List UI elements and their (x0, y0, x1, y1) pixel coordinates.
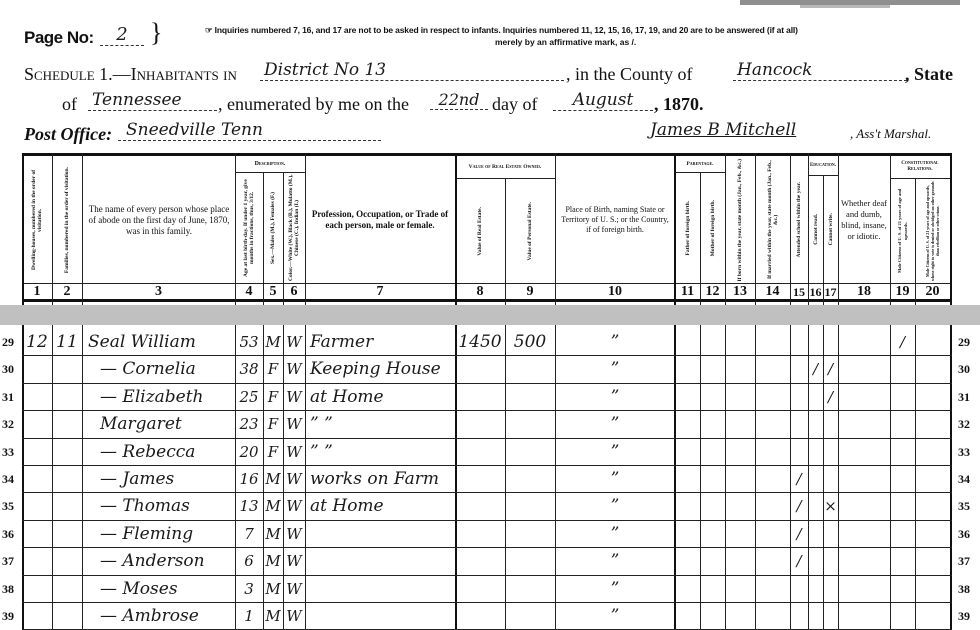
day-field: 22nd (430, 90, 488, 110)
line-number-left: 39 (2, 608, 14, 624)
col-border (82, 153, 83, 630)
person-name-cell: — Thomas (88, 495, 247, 517)
col-border (305, 153, 306, 630)
year-label: , 1870. (654, 94, 704, 115)
header-education-group: Education. (808, 156, 838, 175)
birthplace-cell: ” (555, 468, 675, 490)
age-cell: 38 (235, 358, 263, 380)
line-number-right: 31 (958, 389, 970, 405)
birthplace-cell: ” (555, 331, 675, 353)
column-number: 3 (82, 284, 235, 300)
person-name-cell: — Cornelia (88, 358, 247, 380)
header-col7: Profession, Occupation, or Trade of each… (310, 160, 450, 280)
line-number-right: 36 (958, 526, 970, 542)
occupation-cell: Keeping House (310, 358, 455, 380)
line-number-left: 33 (2, 444, 14, 460)
color-cell: W (283, 331, 305, 353)
age-cell: 25 (235, 386, 263, 408)
birthplace-cell: ” (555, 358, 675, 380)
marshal-signature: James B Mitchell (650, 120, 796, 140)
color-cell: W (283, 605, 305, 627)
header-col19: Male Citizens of U. S. of 21 years of ag… (890, 180, 915, 282)
line-number-left: 34 (2, 471, 14, 487)
constitutional-group-rule (890, 178, 950, 179)
row-rule (22, 520, 952, 521)
birthplace-cell: ” (555, 386, 675, 408)
color-cell: W (283, 358, 305, 380)
age-cell: 3 (235, 578, 263, 600)
occupation-cell: ” ” (310, 413, 455, 435)
line-number-left: 36 (2, 526, 14, 542)
age-cell: 1 (235, 605, 263, 627)
column-number: 19 (890, 284, 915, 300)
column-number: 13 (725, 284, 755, 300)
color-cell: W (283, 495, 305, 517)
color-cell: W (283, 468, 305, 490)
header-parentage-group: Parentage. (675, 156, 725, 172)
age-cell: 13 (235, 495, 263, 517)
day-of-label: day of (492, 94, 537, 115)
header-col3: The name of every person whose place of … (88, 160, 230, 280)
column-number: 4 (235, 284, 263, 300)
attended-school-mark: / (790, 495, 808, 517)
sex-cell: F (263, 386, 283, 408)
county-field: Hancock (733, 60, 907, 81)
birthplace-cell: ” (555, 441, 675, 463)
month-field: August (553, 90, 653, 111)
person-name-cell: — Ambrose (88, 605, 247, 627)
line-number-right: 29 (958, 334, 970, 350)
sex-cell: F (263, 441, 283, 463)
header-col4: Age at last birth-day. If under 1 year, … (235, 174, 263, 282)
county-label: , in the County of (566, 64, 693, 85)
row-rule (22, 438, 952, 439)
age-cell: 6 (235, 550, 263, 572)
column-number: 12 (700, 284, 725, 300)
header-col8: Value of Real Estate. (455, 180, 505, 282)
color-cell: W (283, 578, 305, 600)
line-number-right: 34 (958, 471, 970, 487)
header-description-group: Description. (235, 156, 305, 172)
row-rule (22, 547, 952, 548)
instructions-line-2: merely by an affirmative mark, as /. (495, 37, 636, 47)
age-cell: 23 (235, 413, 263, 435)
column-number: 2 (52, 284, 82, 300)
birthplace-cell: ” (555, 495, 675, 517)
citizen-mark: / (890, 331, 915, 353)
post-office-label: Post Office: (24, 124, 112, 145)
birthplace-cell: ” (555, 550, 675, 572)
enumerated-label: , enumerated by me on the (218, 94, 409, 115)
header-constitutional-group: Constitutional Relations. (890, 156, 950, 178)
row-rule (22, 410, 952, 411)
line-number-right: 37 (958, 553, 970, 569)
header-value-group: Value of Real Estate Owned. (455, 156, 555, 178)
header-col2: Families, numbered in the order of visit… (52, 158, 82, 282)
column-number: 11 (675, 284, 700, 300)
sex-cell: M (263, 550, 283, 572)
col-border (950, 153, 952, 630)
color-cell: W (283, 413, 305, 435)
column-number: 14 (755, 284, 790, 300)
instructions-line-1: ☞ Inquiries numbered 7, 16, and 17 are n… (205, 25, 798, 36)
line-number-right: 33 (958, 444, 970, 460)
row-rule (22, 383, 952, 384)
page-number: 2 (100, 24, 144, 46)
header-col12: Mother of foreign birth. (700, 174, 725, 282)
line-number-right: 38 (958, 581, 970, 597)
sex-cell: M (263, 495, 283, 517)
person-name-cell: — Fleming (88, 523, 247, 545)
attended-school-mark: / (790, 523, 808, 545)
line-number-right: 35 (958, 498, 970, 514)
state-label: , State (905, 64, 953, 85)
column-number: 7 (305, 284, 455, 300)
column-number: 17 (823, 284, 838, 300)
state-field: Tennessee (88, 90, 217, 111)
description-group-rule (235, 172, 305, 173)
column-number: 15 (790, 284, 808, 300)
dwelling-number-cell: 12 (22, 331, 52, 353)
person-name-cell: — James (88, 468, 247, 490)
column-number: 20 (915, 284, 950, 300)
column-number: 1 (22, 284, 52, 300)
header-col1: Dwelling-houses, numbered in the order o… (22, 158, 52, 282)
birthplace-cell: ” (555, 578, 675, 600)
page-label: Page No: (24, 28, 94, 48)
row-rule (22, 602, 952, 603)
schedule-label: Schedule 1.—Inhabitants in (24, 64, 237, 85)
occupation-cell: at Home (310, 495, 455, 517)
sex-cell: M (263, 523, 283, 545)
header-col15: Attended school within the year. (790, 158, 808, 282)
cannot-write-mark: / (823, 358, 838, 380)
family-number-cell: 11 (52, 331, 82, 353)
row-rule (22, 355, 952, 356)
color-cell: W (283, 550, 305, 572)
cannot-read-mark: / (808, 358, 823, 380)
birthplace-cell: ” (555, 605, 675, 627)
person-name-cell: — Elizabeth (88, 386, 247, 408)
post-office-field: Sneedville Tenn (118, 120, 381, 141)
line-number-left: 31 (2, 389, 14, 405)
color-cell: W (283, 523, 305, 545)
header-col9: Value of Personal Estate. (505, 180, 555, 282)
occupation-cell: Farmer (310, 331, 455, 353)
cannot-write-mark: × (823, 495, 838, 517)
marshal-title: , Ass't Marshal. (850, 126, 931, 142)
line-number-left: 37 (2, 553, 14, 569)
header-col17: Cannot write. (823, 176, 838, 282)
age-cell: 53 (235, 331, 263, 353)
column-number: 8 (455, 284, 505, 300)
sex-cell: M (263, 331, 283, 353)
age-cell: 20 (235, 441, 263, 463)
line-number-left: 35 (2, 498, 14, 514)
birthplace-cell: ” (555, 413, 675, 435)
line-number-right: 30 (958, 361, 970, 377)
occupation-cell: works on Farm (310, 468, 455, 490)
person-name-cell: Seal William (88, 331, 235, 353)
cannot-write-mark: / (823, 386, 838, 408)
line-number-right: 32 (958, 416, 970, 432)
scan-noise (800, 5, 890, 8)
line-number-left: 29 (2, 334, 14, 350)
occupation-cell: ” ” (310, 441, 455, 463)
line-number-left: 32 (2, 416, 14, 432)
column-number: 16 (808, 284, 823, 300)
header-col18: Whether deaf and dumb, blind, insane, or… (840, 160, 888, 280)
age-cell: 7 (235, 523, 263, 545)
sex-cell: M (263, 578, 283, 600)
person-name-cell: — Rebecca (88, 441, 247, 463)
header-col6: Color.—White (W.), Black (B.), Mulatto (… (283, 174, 305, 282)
of-label: of (62, 94, 77, 115)
line-number-right: 39 (958, 608, 970, 624)
header-col11: Father of foreign birth. (675, 174, 700, 282)
column-number: 10 (555, 284, 675, 300)
birthplace-cell: ” (555, 523, 675, 545)
color-cell: W (283, 386, 305, 408)
sex-cell: F (263, 413, 283, 435)
personal-estate-value-cell: 500 (505, 331, 555, 353)
column-number: 5 (263, 284, 283, 300)
attended-school-mark: / (790, 550, 808, 572)
row-rule (22, 465, 952, 466)
sex-cell: M (263, 468, 283, 490)
scan-seam-band (0, 305, 980, 325)
row-rule (22, 575, 952, 576)
real-estate-value-cell: 1450 (455, 331, 505, 353)
header-col10: Place of Birth, naming State or Territor… (558, 160, 672, 280)
column-number: 18 (838, 284, 890, 300)
col-border (838, 153, 839, 630)
header-col20: Male Citizens of U. S. of 21 years of ag… (915, 180, 950, 282)
header-col14: If married within the year, state month … (755, 158, 790, 282)
header-col5: Sex.—Males (M.), Females (F.) (263, 174, 283, 282)
sex-cell: F (263, 358, 283, 380)
color-cell: W (283, 441, 305, 463)
age-cell: 16 (235, 468, 263, 490)
occupation-cell: at Home (310, 386, 455, 408)
person-name-cell: — Anderson (88, 550, 247, 572)
row-rule (22, 492, 952, 493)
page-brace: } (150, 20, 162, 46)
line-number-left: 38 (2, 581, 14, 597)
column-number: 9 (505, 284, 555, 300)
person-name-cell: — Moses (88, 578, 247, 600)
district-field: District No 13 (260, 60, 564, 81)
header-col13: If born within the year, state month (Ja… (725, 158, 755, 282)
person-name-cell: Margaret (88, 413, 247, 435)
header-col16: Cannot read. (808, 176, 823, 282)
line-number-left: 30 (2, 361, 14, 377)
column-number: 6 (283, 284, 305, 300)
sex-cell: M (263, 605, 283, 627)
attended-school-mark: / (790, 468, 808, 490)
